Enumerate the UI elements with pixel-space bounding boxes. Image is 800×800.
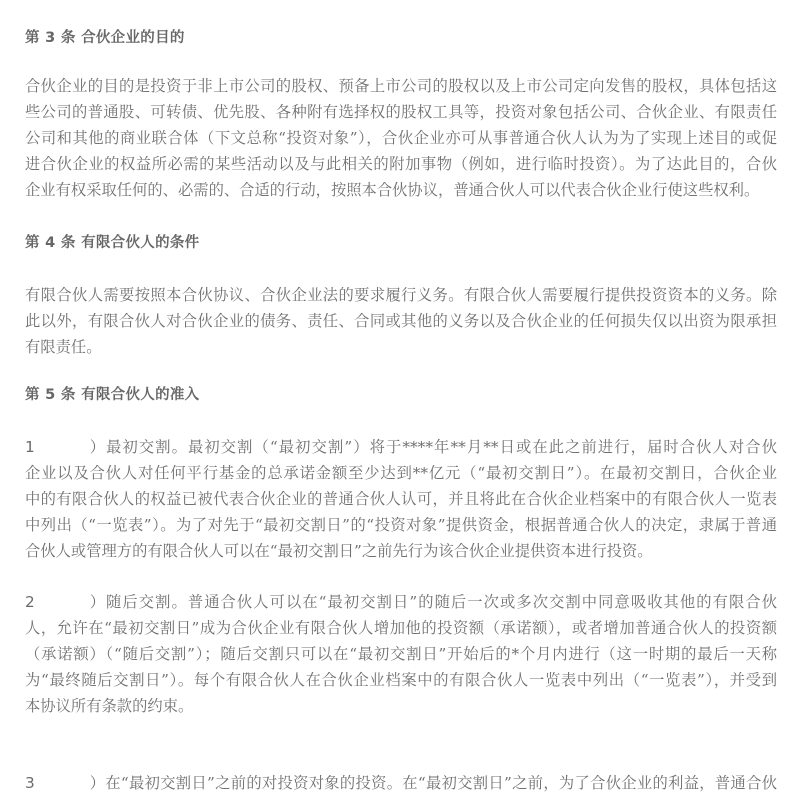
section-3-paragraph: 合伙企业的目的是投资于非上市公司的股权、预备上市公司的股权以及上市公司定向发售的…	[25, 73, 777, 203]
section-3-heading: 第 3 条 合伙企业的目的	[25, 28, 185, 48]
item-number: 1）	[25, 434, 105, 460]
section-4-paragraph: 有限合伙人需要按照本合伙协议、合伙企业法的要求履行义务。有限合伙人需要履行提供投…	[25, 282, 777, 360]
section-5-heading: 第 5 条 有限合伙人的准入	[25, 385, 199, 405]
item-number: 2）	[25, 589, 105, 615]
item-3-first-line: 3）在“最初交割日”之前的对投资对象的投资。在“最初交割日”之前，为了合伙企业的…	[25, 770, 777, 796]
section-5-item-2: 2）随后交割。普通合伙人可以在“最初交割日”的随后一次或多次交割中同意吸收其他的…	[25, 589, 777, 719]
item-number: 3）	[25, 770, 105, 796]
item-2-first-line: 2）随后交割。普通合伙人可以在“最初交割日”的随后一次或多次交割中同意吸收其他的…	[25, 589, 777, 615]
section-5-item-1: 1）最初交割。最初交割（“最初交割”）将于****年**月**日或在此之前进行，…	[25, 434, 777, 564]
section-4-heading: 第 4 条 有限合伙人的条件	[25, 233, 199, 253]
section-5-item-3: 3）在“最初交割日”之前的对投资对象的投资。在“最初交割日”之前，为了合伙企业的…	[25, 770, 777, 796]
item-1-first-line: 1）最初交割。最初交割（“最初交割”）将于****年**月**日或在此之前进行，…	[25, 434, 777, 460]
